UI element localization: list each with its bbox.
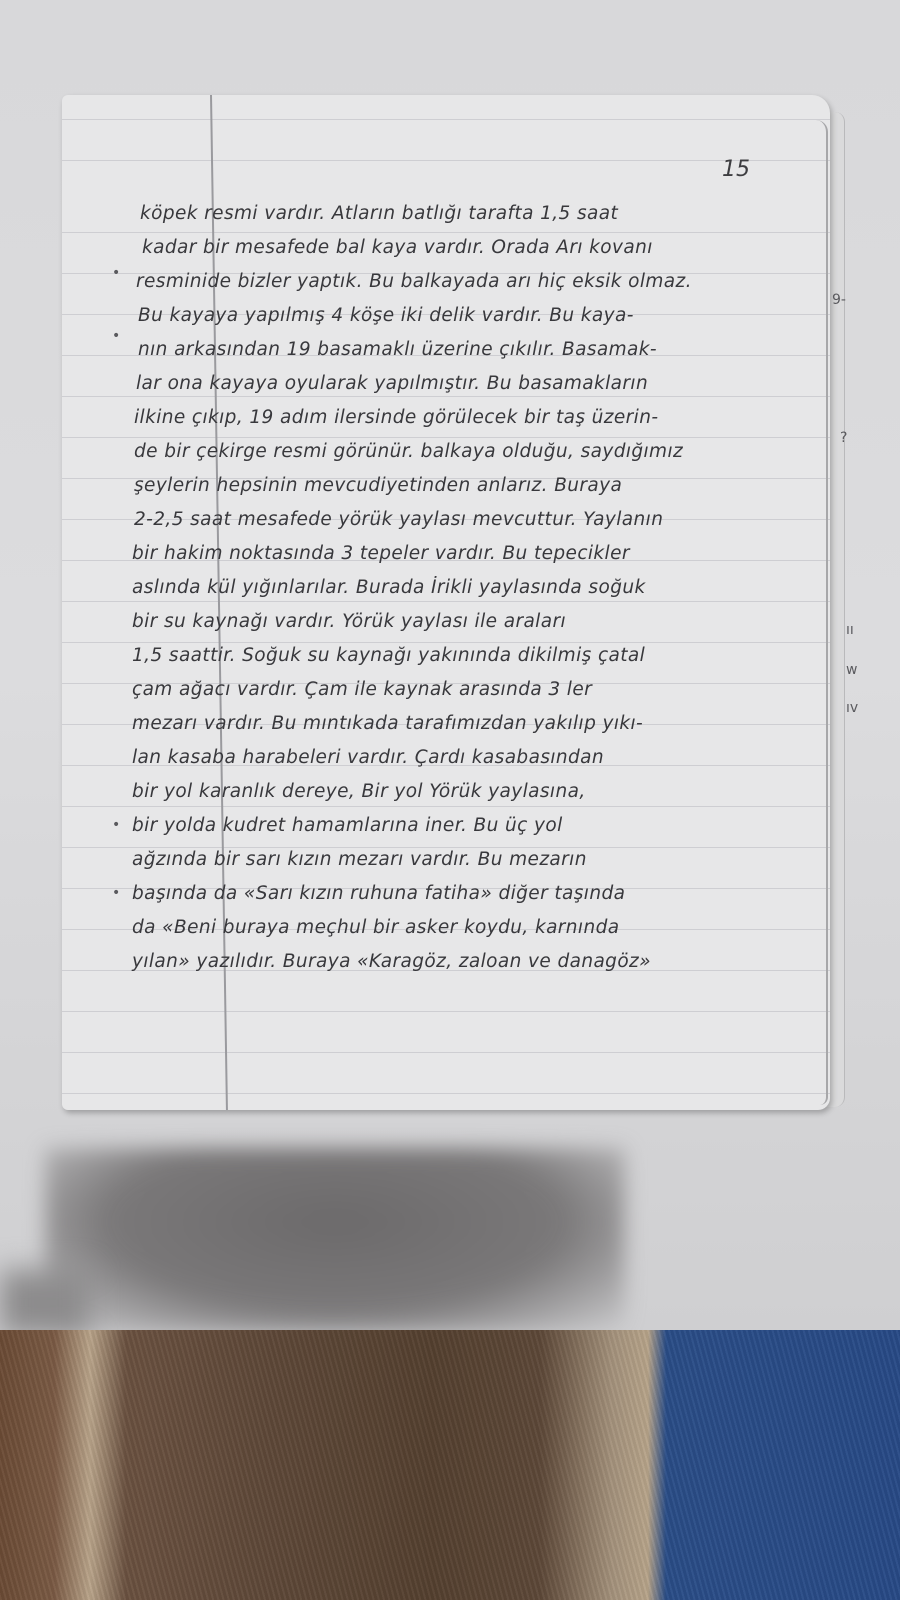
phone-shadow xyxy=(45,1148,625,1333)
text-line: köpek resmi vardır. Atların batlığı tara… xyxy=(132,197,830,231)
left-margin-mark: • xyxy=(112,328,120,344)
right-margin-mark: w xyxy=(846,662,857,678)
left-margin-mark: • xyxy=(112,265,120,281)
text-line: mezarı vardır. Bu mıntıkada tarafımızdan… xyxy=(132,707,830,741)
text-line: resminide bizler yaptık. Bu balkayada ar… xyxy=(132,265,830,299)
text-line: ilkine çıkıp, 19 adım ilersinde görülece… xyxy=(132,401,830,435)
notebook-page-curl xyxy=(810,120,828,1105)
text-line: 2-2,5 saat mesafede yörük yaylası mevcut… xyxy=(132,503,830,537)
rug-texture xyxy=(0,1330,900,1600)
text-line: da «Beni buraya meçhul bir asker koydu, … xyxy=(132,911,830,945)
hand-shadow xyxy=(0,1270,90,1335)
text-line: bir su kaynağı vardır. Yörük yaylası ile… xyxy=(132,605,830,639)
right-margin-mark: ıv xyxy=(846,700,858,716)
text-line: kadar bir mesafede bal kaya vardır. Orad… xyxy=(132,231,830,265)
text-line: de bir çekirge resmi görünür. balkaya ol… xyxy=(132,435,830,469)
text-line: şeylerin hepsinin mevcudiyetinden anları… xyxy=(132,469,830,503)
handwritten-text: köpek resmi vardır. Atların batlığı tara… xyxy=(132,197,830,979)
text-line: çam ağacı vardır. Çam ile kaynak arasınd… xyxy=(132,673,830,707)
left-margin-mark: • xyxy=(112,817,120,833)
left-margin-mark: • xyxy=(112,885,120,901)
right-margin-mark: ıı xyxy=(846,622,854,638)
text-line: nın arkasından 19 basamaklı üzerine çıkı… xyxy=(132,333,830,367)
right-margin-mark: 9- xyxy=(832,292,846,308)
text-line: ağzında bir sarı kızın mezarı vardır. Bu… xyxy=(132,843,830,877)
text-line: yılan» yazılıdır. Buraya «Karagöz, zaloa… xyxy=(132,945,830,979)
text-line: başında da «Sarı kızın ruhuna fatiha» di… xyxy=(132,877,830,911)
text-line: lan kasaba harabeleri vardır. Çardı kasa… xyxy=(132,741,830,775)
text-line: lar ona kayaya oyularak yapılmıştır. Bu … xyxy=(132,367,830,401)
text-line: bir hakim noktasında 3 tepeler vardır. B… xyxy=(132,537,830,571)
page-number: 15 xyxy=(722,157,750,182)
text-line: bir yol karanlık dereye, Bir yol Yörük y… xyxy=(132,775,830,809)
text-line: Bu kayaya yapılmış 4 köşe iki delik vard… xyxy=(132,299,830,333)
notebook-page: 15 köpek resmi vardır. Atların batlığı t… xyxy=(62,95,830,1110)
text-line: bir yolda kudret hamamlarına iner. Bu üç… xyxy=(132,809,830,843)
text-line: aslında kül yığınlarılar. Burada İrikli … xyxy=(132,571,830,605)
text-line: 1,5 saattir. Soğuk su kaynağı yakınında … xyxy=(132,639,830,673)
right-margin-mark: ? xyxy=(840,430,847,446)
